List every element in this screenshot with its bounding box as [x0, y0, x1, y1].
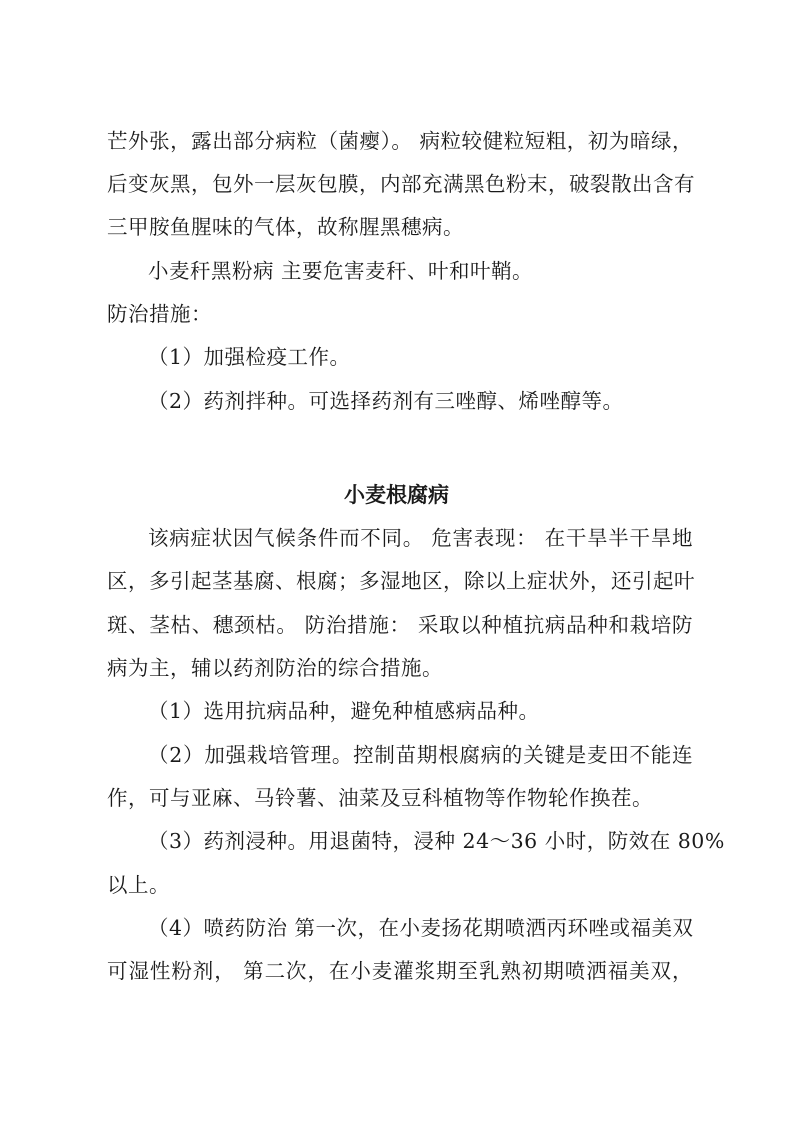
measure-item: （3）药剂浸种。用退菌特，浸种 24～36 小时，防效在 80%	[148, 828, 693, 854]
measure-item: （1）选用抗病品种，避免种植感病品种。	[148, 698, 693, 724]
measure-item: （2）药剂拌种。可选择药剂有三唑醇、烯唑醇等。	[148, 388, 693, 414]
stem-smut-paragraph: 小麦秆黑粉病 主要危害麦秆、叶和叶鞘。	[148, 258, 693, 284]
measure-item: （4）喷药防治 第一次，在小麦扬花期喷洒丙环唑或福美双	[148, 915, 693, 941]
document-page: 芒外张，露出部分病粒（菌瘿）。 病粒较健粒短粗，初为暗绿， 后变灰黑，包外一层灰…	[0, 0, 793, 1122]
measure-item: （1）加强检疫工作。	[148, 344, 693, 370]
paragraph-line: 后变灰黑，包外一层灰包膜，内部充满黑色粉末，破裂散出含有	[107, 171, 693, 197]
measures-heading: 防治措施：	[107, 301, 693, 327]
measure-item-continuation: 以上。	[107, 872, 693, 898]
measure-item-continuation: 作，可与亚麻、马铃薯、油菜及豆科植物等作物轮作换茬。	[107, 785, 693, 811]
paragraph-line: 芒外张，露出部分病粒（菌瘿）。 病粒较健粒短粗，初为暗绿，	[107, 128, 693, 154]
paragraph-line: 该病症状因气候条件而不同。 危害表现： 在干旱半干旱地	[148, 525, 693, 551]
paragraph-line: 斑、茎枯、穗颈枯。 防治措施： 采取以种植抗病品种和栽培防	[107, 612, 693, 638]
paragraph-line: 病为主，辅以药剂防治的综合措施。	[107, 655, 693, 681]
measure-item: （2）加强栽培管理。控制苗期根腐病的关键是麦田不能连	[148, 742, 693, 768]
measure-item-continuation: 可湿性粉剂， 第二次，在小麦灌浆期至乳熟初期喷洒福美双，	[107, 958, 693, 984]
paragraph-line: 三甲胺鱼腥味的气体，故称腥黑穗病。	[107, 214, 693, 240]
section-title: 小麦根腐病	[0, 482, 793, 508]
paragraph-line: 区，多引起茎基腐、根腐；多湿地区，除以上症状外，还引起叶	[107, 568, 693, 594]
